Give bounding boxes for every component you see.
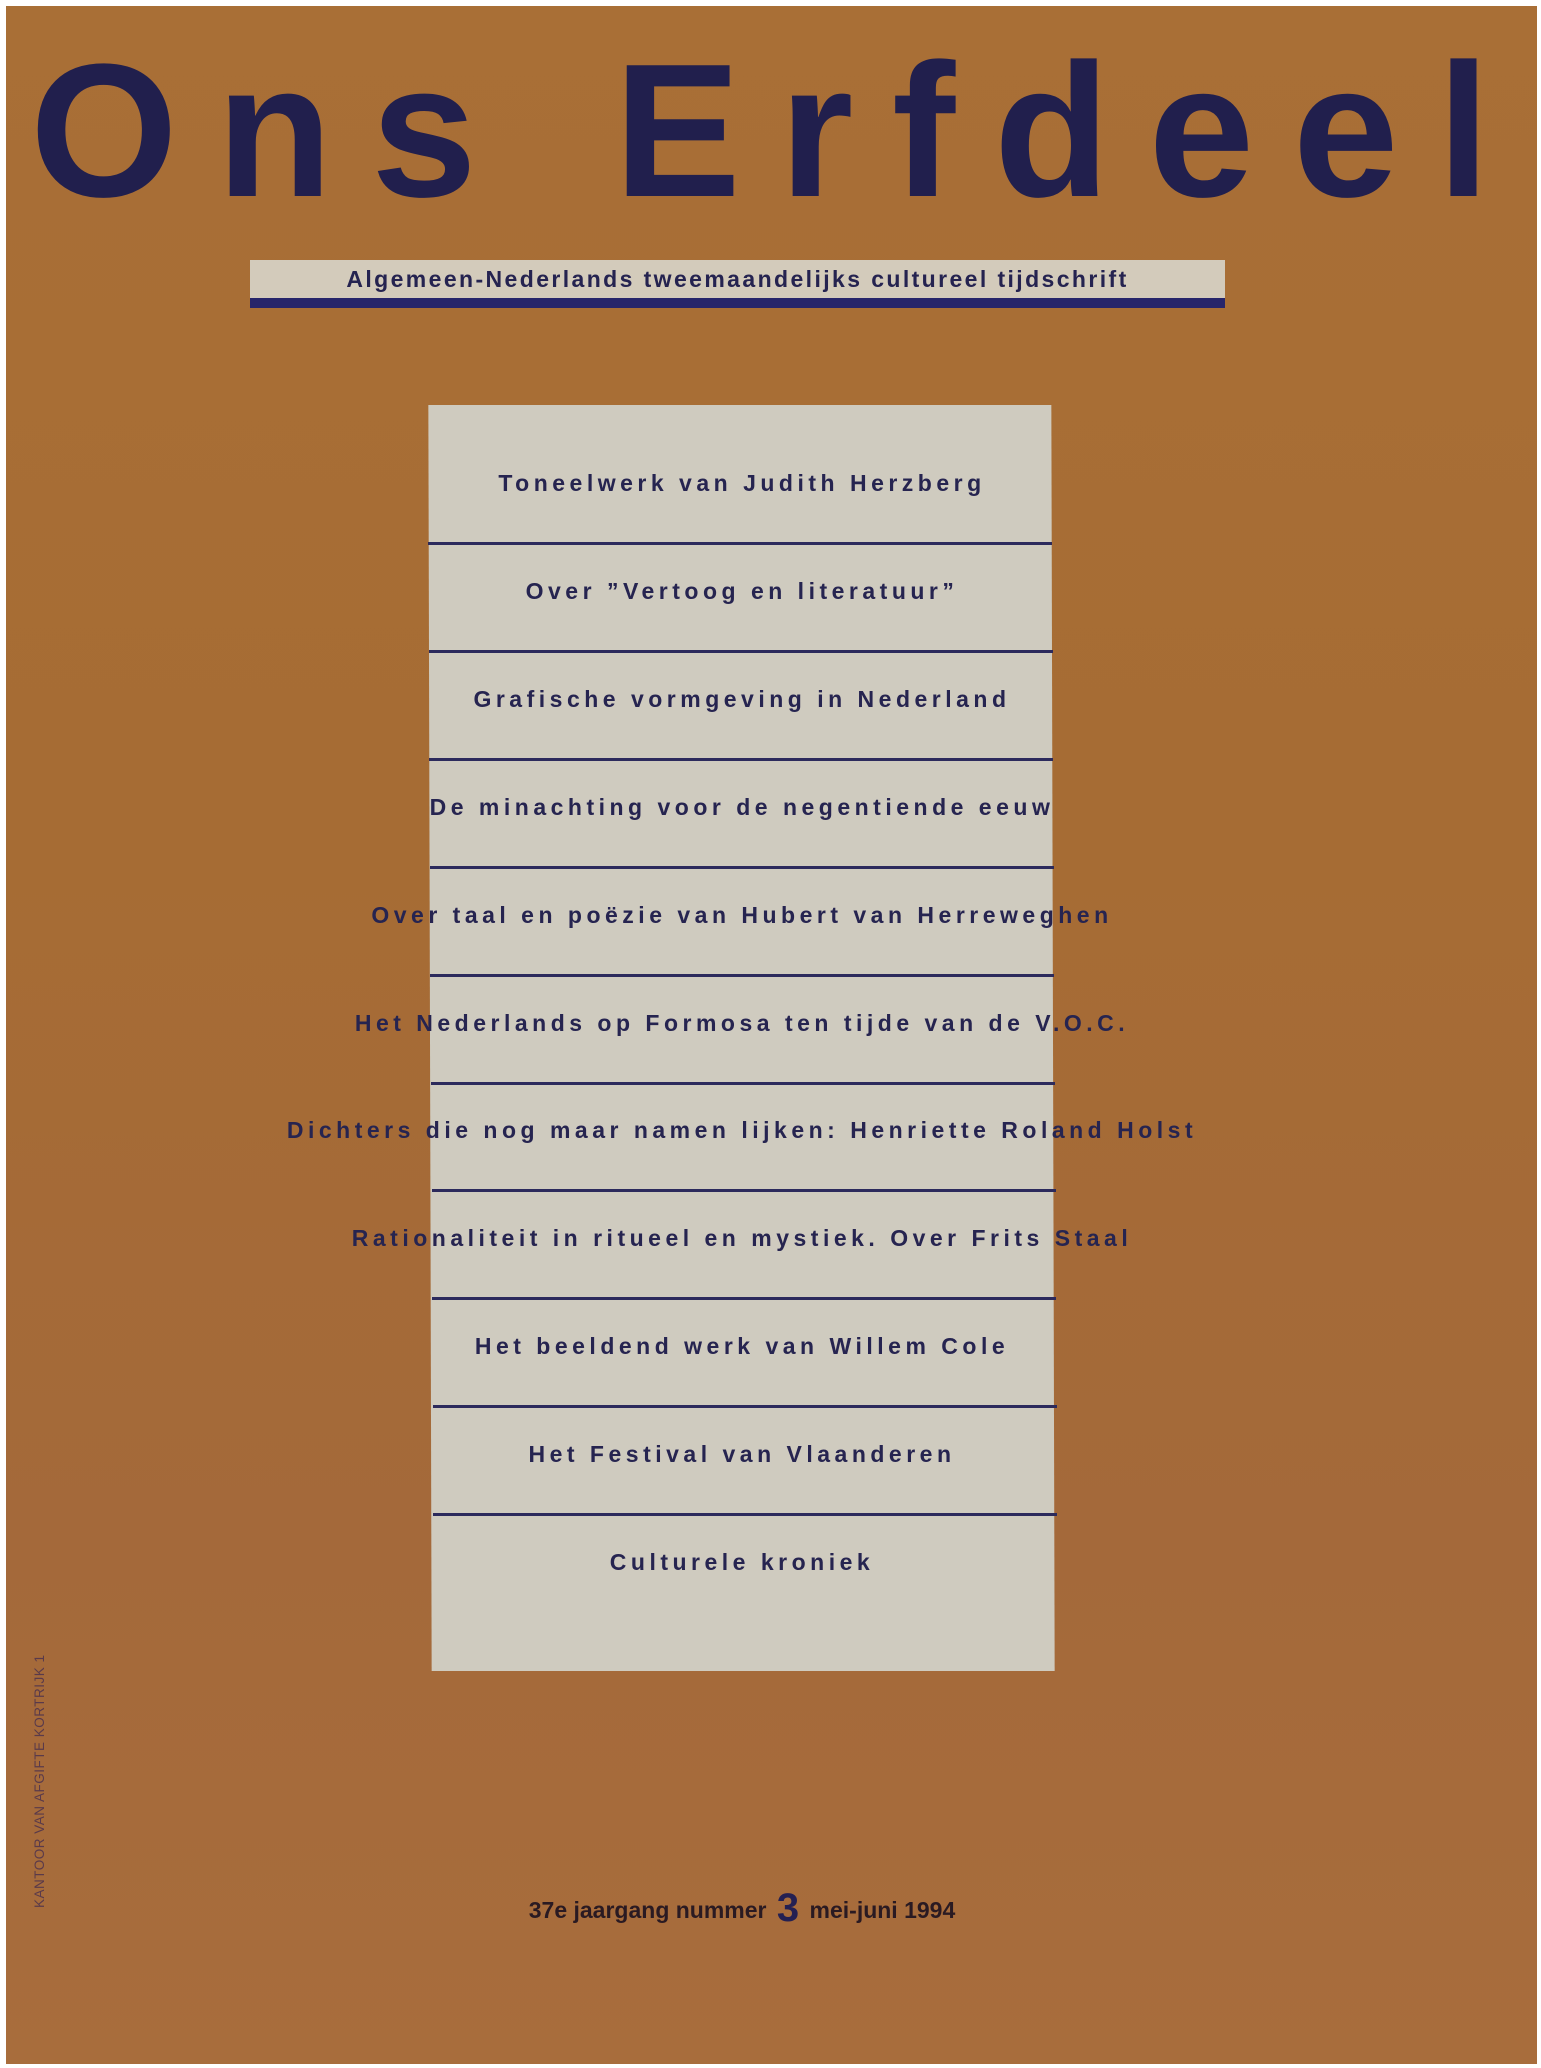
title-letter: s: [371, 36, 477, 226]
title-letter: d: [994, 36, 1110, 226]
toc-divider: [430, 866, 1054, 869]
magazine-subtitle: Algemeen-Nederlands tweemaandelijks cult…: [346, 266, 1128, 293]
issue-number: 3: [777, 1886, 799, 1930]
toc-entry: Grafische vormgeving in Nederland: [6, 685, 1478, 713]
title-letter: O: [30, 36, 178, 226]
toc-entry: Over taal en poëzie van Hubert van Herre…: [6, 901, 1478, 929]
toc-divider: [432, 1297, 1056, 1300]
toc-entry: Dichters die nog maar namen lijken: Henr…: [6, 1116, 1478, 1144]
title-letter: n: [216, 36, 332, 226]
toc-divider: [433, 1405, 1057, 1408]
toc-divider: [430, 974, 1054, 977]
toc-divider: [428, 542, 1052, 545]
subtitle-band: Algemeen-Nederlands tweemaandelijks cult…: [250, 260, 1225, 308]
title-letter: l: [1437, 36, 1490, 226]
magazine-cover: OnsErfdeel Algemeen-Nederlands tweemaand…: [6, 6, 1537, 2064]
toc-entry: Culturele kroniek: [6, 1548, 1478, 1576]
toc-divider: [432, 1189, 1056, 1192]
toc-entry: Het beeldend werk van Willem Cole: [6, 1332, 1478, 1360]
postal-mark: KANTOOR VAN AFGIFTE KORTRIJK 1: [32, 1654, 47, 1908]
title-letter: e: [1149, 36, 1255, 226]
toc-divider: [431, 1082, 1055, 1085]
toc-entry: Het Nederlands op Formosa ten tijde van …: [6, 1009, 1478, 1037]
toc-entry: De minachting voor de negentiende eeuw: [6, 793, 1478, 821]
title-letter: f: [892, 36, 955, 226]
toc-divider: [429, 758, 1053, 761]
toc-divider: [429, 650, 1053, 653]
issue-date: mei-juni 1994: [810, 1897, 956, 1923]
toc-entry: Rationaliteit in ritueel en mystiek. Ove…: [6, 1224, 1478, 1252]
toc-entry: Over ”Vertoog en literatuur”: [6, 577, 1478, 605]
issue-volume: 37e jaargang nummer: [529, 1897, 767, 1923]
title-letter: r: [779, 36, 853, 226]
toc-entry: Het Festival van Vlaanderen: [6, 1440, 1478, 1468]
title-letter: E: [614, 36, 741, 226]
title-letter: e: [1293, 36, 1399, 226]
magazine-title: OnsErfdeel: [30, 46, 1490, 226]
issue-info: 37e jaargang nummer 3 mei-juni 1994: [6, 1886, 1478, 1931]
toc-entry: Toneelwerk van Judith Herzberg: [6, 469, 1478, 497]
toc-divider: [433, 1513, 1057, 1516]
